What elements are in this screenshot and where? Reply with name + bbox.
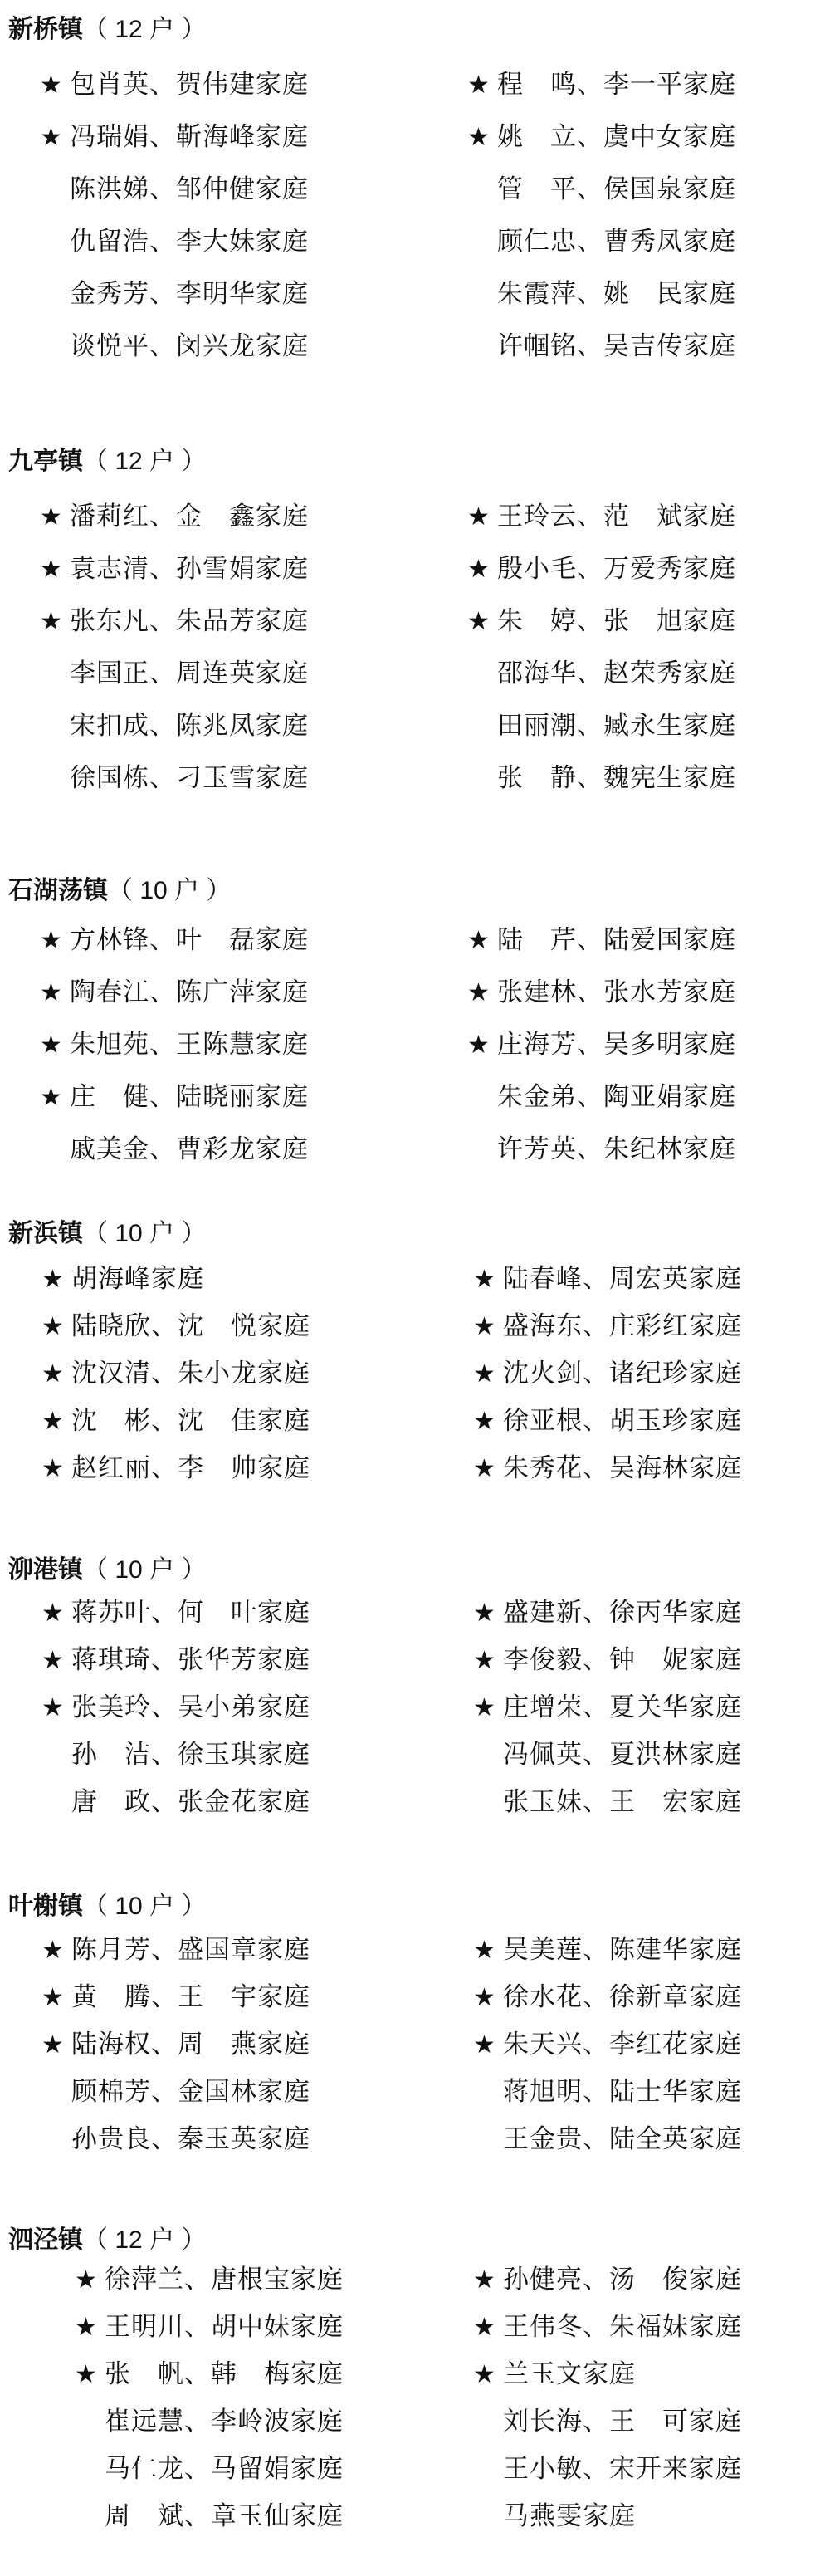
town-name: 石湖荡镇 <box>8 877 108 904</box>
family-entry-left: ★张 帆、韩 梅家庭 <box>75 2358 344 2391</box>
family-entry-left: 马仁龙、马留娟家庭 <box>75 2452 344 2485</box>
family-entry-right: ★陆 芹、陆爱国家庭 <box>467 923 736 957</box>
family-entry-right: ★徐亚根、胡玉珍家庭 <box>473 1404 742 1437</box>
family-name: 刘长海、王 可家庭 <box>503 2407 742 2436</box>
family-name: 周 斌、章玉仙家庭 <box>105 2501 344 2531</box>
family-name: 冯瑞娟、靳海峰家庭 <box>70 122 309 152</box>
town-header: 叶榭镇（ 10 户 ） <box>8 1892 206 1922</box>
family-name: 沈汉清、朱小龙家庭 <box>71 1359 310 1388</box>
family-name: 孙健亮、汤 俊家庭 <box>503 2265 742 2294</box>
star-icon: ★ <box>473 1452 503 1486</box>
family-entry-left: 唐 政、张金花家庭 <box>41 1785 310 1819</box>
family-entry-right: ★王伟冬、朱福妹家庭 <box>473 2310 742 2343</box>
star-icon: ★ <box>41 1358 71 1391</box>
family-entry-left: 陈洪娣、邹仲健家庭 <box>40 173 309 206</box>
family-entry-right: ★程 鸣、李一平家庭 <box>467 68 736 101</box>
family-name: 张玉妹、王 宏家庭 <box>503 1787 742 1817</box>
family-entry-right: ★盛建新、徐丙华家庭 <box>473 1596 742 1629</box>
family-entry-right: ★姚 立、虞中女家庭 <box>467 120 736 154</box>
family-name: 王伟冬、朱福妹家庭 <box>503 2312 742 2342</box>
family-name: 张美玲、吴小弟家庭 <box>71 1692 310 1722</box>
star-icon: ★ <box>41 1452 71 1486</box>
star-icon: ★ <box>41 1597 71 1630</box>
star-icon: ★ <box>473 1263 503 1296</box>
family-entry-right: ★庄增荣、夏关华家庭 <box>473 1691 742 1724</box>
family-entry-left: ★冯瑞娟、靳海峰家庭 <box>40 120 309 154</box>
family-entry-right: 刘长海、王 可家庭 <box>473 2405 742 2438</box>
star-icon: ★ <box>75 2358 105 2392</box>
family-entry-right: ★盛海东、庄彩红家庭 <box>473 1310 742 1343</box>
family-entry-right: 邵海华、赵荣秀家庭 <box>467 657 736 690</box>
family-entry-left: ★陆晓欣、沈 悦家庭 <box>41 1310 310 1343</box>
family-name: 庄海芳、吴多明家庭 <box>497 1030 736 1060</box>
family-name: 胡海峰家庭 <box>71 1264 204 1294</box>
star-icon: ★ <box>473 2358 503 2392</box>
family-entry-left: ★陈月芳、盛国章家庭 <box>41 1933 310 1966</box>
town-header: 新浜镇（ 10 户 ） <box>8 1219 206 1249</box>
family-name: 朱天兴、李红花家庭 <box>503 2030 742 2059</box>
family-name: 徐水花、徐新章家庭 <box>503 1982 742 2012</box>
family-name: 朱旭苑、王陈慧家庭 <box>70 1030 309 1060</box>
star-icon: ★ <box>40 977 70 1010</box>
family-name: 张 静、魏宪生家庭 <box>497 763 736 793</box>
star-icon: ★ <box>75 2264 105 2297</box>
family-entry-left: 孙 洁、徐玉琪家庭 <box>41 1738 310 1771</box>
star-icon: ★ <box>473 1597 503 1630</box>
family-entry-left: ★王明川、胡中妹家庭 <box>75 2310 344 2343</box>
family-name: 仇留浩、李大妹家庭 <box>70 227 309 257</box>
family-entry-left: ★沈 彬、沈 佳家庭 <box>41 1404 310 1437</box>
star-icon: ★ <box>467 501 497 534</box>
family-entry-left: ★陶春江、陈广萍家庭 <box>40 976 309 1009</box>
star-icon: ★ <box>473 1358 503 1391</box>
family-name: 李国正、周连英家庭 <box>70 659 309 688</box>
family-entry-left: ★潘莉红、金 鑫家庭 <box>40 500 309 533</box>
star-icon: ★ <box>473 2264 503 2297</box>
household-count: （ 10 户 ） <box>83 1893 206 1920</box>
family-entry-left: ★方林锋、叶 磊家庭 <box>40 923 309 957</box>
town-header: 泗泾镇（ 12 户 ） <box>8 2226 206 2255</box>
family-name: 许芳英、朱纪林家庭 <box>497 1134 736 1164</box>
town-header: 新桥镇（ 12 户 ） <box>8 15 206 45</box>
town-header: 泖港镇（ 10 户 ） <box>8 1555 206 1585</box>
star-icon: ★ <box>40 121 70 154</box>
star-icon: ★ <box>41 1644 71 1677</box>
family-name: 潘莉红、金 鑫家庭 <box>70 502 309 531</box>
household-count: （ 12 户 ） <box>83 2226 206 2254</box>
star-icon: ★ <box>467 69 497 102</box>
star-icon: ★ <box>473 1934 503 1967</box>
family-entry-left: 宋扣成、陈兆凤家庭 <box>40 709 309 742</box>
family-name: 徐萍兰、唐根宝家庭 <box>105 2265 344 2294</box>
family-entry-right: ★殷小毛、万爱秀家庭 <box>467 552 736 585</box>
star-icon: ★ <box>40 924 70 957</box>
family-entry-right: ★王玲云、范 斌家庭 <box>467 500 736 533</box>
family-entry-left: 李国正、周连英家庭 <box>40 657 309 690</box>
family-entry-left: ★张东凡、朱品芳家庭 <box>40 605 309 638</box>
family-name: 殷小毛、万爱秀家庭 <box>497 554 736 584</box>
family-entry-right: ★朱 婷、张 旭家庭 <box>467 605 736 638</box>
family-entry-left: 金秀芳、李明华家庭 <box>40 277 309 311</box>
star-icon: ★ <box>473 1405 503 1438</box>
family-entry-right: 王金贵、陆全英家庭 <box>473 2123 742 2156</box>
family-name: 程 鸣、李一平家庭 <box>497 70 736 100</box>
star-icon: ★ <box>467 977 497 1010</box>
family-entry-left: ★朱旭苑、王陈慧家庭 <box>40 1028 309 1061</box>
star-icon: ★ <box>75 2311 105 2344</box>
town-name: 新浜镇 <box>8 1220 83 1247</box>
family-name: 王玲云、范 斌家庭 <box>497 502 736 531</box>
star-icon: ★ <box>473 2311 503 2344</box>
star-icon: ★ <box>41 1692 71 1725</box>
family-name: 姚 立、虞中女家庭 <box>497 122 736 152</box>
household-count: （ 10 户 ） <box>83 1220 206 1247</box>
family-name: 徐国栋、刁玉雪家庭 <box>70 763 309 793</box>
household-count: （ 12 户 ） <box>83 16 206 43</box>
family-name: 戚美金、曹彩龙家庭 <box>70 1134 309 1164</box>
family-name: 许帼铭、吴吉传家庭 <box>497 331 736 361</box>
family-name: 顾仁忠、曹秀凤家庭 <box>497 227 736 257</box>
family-name: 陈月芳、盛国章家庭 <box>71 1935 310 1965</box>
town-name: 九亭镇 <box>8 448 83 475</box>
family-entry-right: 张玉妹、王 宏家庭 <box>473 1785 742 1819</box>
family-name: 崔远慧、李岭波家庭 <box>105 2407 344 2436</box>
town-name: 泖港镇 <box>8 1556 83 1584</box>
family-entry-right: 朱金弟、陶亚娟家庭 <box>467 1080 736 1114</box>
family-name: 兰玉文家庭 <box>503 2359 636 2389</box>
family-entry-left: ★徐萍兰、唐根宝家庭 <box>75 2263 344 2296</box>
family-entry-right: ★陆春峰、周宏英家庭 <box>473 1262 742 1295</box>
family-name: 徐亚根、胡玉珍家庭 <box>503 1406 742 1436</box>
family-name: 盛建新、徐丙华家庭 <box>503 1598 742 1628</box>
family-entry-left: ★张美玲、吴小弟家庭 <box>41 1691 310 1724</box>
family-name: 盛海东、庄彩红家庭 <box>503 1311 742 1341</box>
family-name: 蒋苏叶、何 叶家庭 <box>71 1598 310 1628</box>
family-name: 吴美莲、陈建华家庭 <box>503 1935 742 1965</box>
star-icon: ★ <box>467 605 497 639</box>
family-entry-right: ★兰玉文家庭 <box>473 2358 636 2391</box>
family-name: 张 帆、韩 梅家庭 <box>105 2359 344 2389</box>
household-count: （ 12 户 ） <box>83 448 206 475</box>
town-header: 九亭镇（ 12 户 ） <box>8 447 206 477</box>
family-entry-right: 许帼铭、吴吉传家庭 <box>467 330 736 363</box>
family-entry-left: 徐国栋、刁玉雪家庭 <box>40 762 309 795</box>
family-entry-left: ★蒋琪琦、张华芳家庭 <box>41 1643 310 1677</box>
star-icon: ★ <box>473 1644 503 1677</box>
family-name: 庄增荣、夏关华家庭 <box>503 1692 742 1722</box>
star-icon: ★ <box>41 1405 71 1438</box>
family-name: 金秀芳、李明华家庭 <box>70 279 309 309</box>
star-icon: ★ <box>40 501 70 534</box>
star-icon: ★ <box>467 1029 497 1062</box>
family-name: 袁志清、孙雪娟家庭 <box>70 554 309 584</box>
family-entry-left: ★胡海峰家庭 <box>41 1262 204 1295</box>
star-icon: ★ <box>467 121 497 154</box>
family-entry-right: ★朱秀花、吴海林家庭 <box>473 1452 742 1485</box>
family-entry-right: ★庄海芳、吴多明家庭 <box>467 1028 736 1061</box>
family-entry-right: ★徐水花、徐新章家庭 <box>473 1981 742 2014</box>
family-name: 冯佩英、夏洪林家庭 <box>503 1740 742 1770</box>
star-icon: ★ <box>41 1263 71 1296</box>
star-icon: ★ <box>40 1029 70 1062</box>
family-name: 庄 健、陆晓丽家庭 <box>70 1082 309 1112</box>
family-entry-right: 马燕雯家庭 <box>473 2500 636 2533</box>
family-name: 张东凡、朱品芳家庭 <box>70 606 309 636</box>
family-entry-right: ★朱天兴、李红花家庭 <box>473 2028 742 2061</box>
family-name: 朱霞萍、姚 民家庭 <box>497 279 736 309</box>
family-name: 邵海华、赵荣秀家庭 <box>497 659 736 688</box>
town-name: 叶榭镇 <box>8 1893 83 1920</box>
family-entry-left: ★陆海权、周 燕家庭 <box>41 2028 310 2061</box>
family-name: 黄 腾、王 宇家庭 <box>71 1982 310 2012</box>
family-entry-right: ★孙健亮、汤 俊家庭 <box>473 2263 742 2296</box>
family-name: 管 平、侯国泉家庭 <box>497 174 736 204</box>
family-name: 孙贵良、秦玉英家庭 <box>71 2124 310 2154</box>
family-name: 马燕雯家庭 <box>503 2501 636 2531</box>
family-name: 张建林、张水芳家庭 <box>497 977 736 1007</box>
family-entry-left: 周 斌、章玉仙家庭 <box>75 2500 344 2533</box>
family-name: 王小敏、宋开来家庭 <box>503 2454 742 2484</box>
family-entry-left: 顾棉芳、金国林家庭 <box>41 2075 310 2108</box>
family-name: 蒋琪琦、张华芳家庭 <box>71 1645 310 1675</box>
family-entry-right: 许芳英、朱纪林家庭 <box>467 1133 736 1166</box>
family-name: 沈火剑、诸纪珍家庭 <box>503 1359 742 1388</box>
family-name: 朱秀花、吴海林家庭 <box>503 1453 742 1483</box>
family-name: 沈 彬、沈 佳家庭 <box>71 1406 310 1436</box>
star-icon: ★ <box>40 553 70 586</box>
family-entry-right: 田丽潮、臧永生家庭 <box>467 709 736 742</box>
star-icon: ★ <box>473 1310 503 1344</box>
star-icon: ★ <box>41 2029 71 2062</box>
family-name: 王金贵、陆全英家庭 <box>503 2124 742 2154</box>
family-entry-left: ★蒋苏叶、何 叶家庭 <box>41 1596 310 1629</box>
family-name: 包肖英、贺伟建家庭 <box>70 70 309 100</box>
family-entry-left: ★沈汉清、朱小龙家庭 <box>41 1357 310 1390</box>
family-name: 唐 政、张金花家庭 <box>71 1787 310 1817</box>
star-icon: ★ <box>41 1310 71 1344</box>
family-entry-left: 戚美金、曹彩龙家庭 <box>40 1133 309 1166</box>
family-name: 陆 芹、陆爱国家庭 <box>497 925 736 955</box>
star-icon: ★ <box>473 2029 503 2062</box>
family-entry-right: 蒋旭明、陆士华家庭 <box>473 2075 742 2108</box>
family-entry-right: 顾仁忠、曹秀凤家庭 <box>467 225 736 258</box>
family-entry-right: 张 静、魏宪生家庭 <box>467 762 736 795</box>
family-name: 陆海权、周 燕家庭 <box>71 2030 310 2059</box>
family-entry-right: ★沈火剑、诸纪珍家庭 <box>473 1357 742 1390</box>
family-name: 马仁龙、马留娟家庭 <box>105 2454 344 2484</box>
family-name: 李俊毅、钟 妮家庭 <box>503 1645 742 1675</box>
family-entry-right: 管 平、侯国泉家庭 <box>467 173 736 206</box>
household-count: （ 10 户 ） <box>108 877 231 904</box>
star-icon: ★ <box>473 1692 503 1725</box>
family-entry-left: 崔远慧、李岭波家庭 <box>75 2405 344 2438</box>
star-icon: ★ <box>473 1981 503 2015</box>
family-name: 陶春江、陈广萍家庭 <box>70 977 309 1007</box>
family-name: 陈洪娣、邹仲健家庭 <box>70 174 309 204</box>
star-icon: ★ <box>467 924 497 957</box>
family-entry-left: ★黄 腾、王 宇家庭 <box>41 1981 310 2014</box>
family-name: 孙 洁、徐玉琪家庭 <box>71 1740 310 1770</box>
family-entry-right: 冯佩英、夏洪林家庭 <box>473 1738 742 1771</box>
town-header: 石湖荡镇（ 10 户 ） <box>8 876 231 906</box>
family-entry-right: ★张建林、张水芳家庭 <box>467 976 736 1009</box>
family-entry-left: 谈悦平、闵兴龙家庭 <box>40 330 309 363</box>
star-icon: ★ <box>41 1981 71 2015</box>
family-name: 陆晓欣、沈 悦家庭 <box>71 1311 310 1341</box>
family-name: 宋扣成、陈兆凤家庭 <box>70 711 309 741</box>
town-name: 新桥镇 <box>8 16 83 43</box>
star-icon: ★ <box>40 1081 70 1114</box>
family-entry-left: 仇留浩、李大妹家庭 <box>40 225 309 258</box>
family-name: 方林锋、叶 磊家庭 <box>70 925 309 955</box>
family-name: 陆春峰、周宏英家庭 <box>503 1264 742 1294</box>
star-icon: ★ <box>40 605 70 639</box>
family-entry-left: ★庄 健、陆晓丽家庭 <box>40 1080 309 1114</box>
family-entry-left: 孙贵良、秦玉英家庭 <box>41 2123 310 2156</box>
family-entry-left: ★赵红丽、李 帅家庭 <box>41 1452 310 1485</box>
family-name: 朱 婷、张 旭家庭 <box>497 606 736 636</box>
family-entry-right: 王小敏、宋开来家庭 <box>473 2452 742 2485</box>
family-entry-left: ★包肖英、贺伟建家庭 <box>40 68 309 101</box>
family-name: 王明川、胡中妹家庭 <box>105 2312 344 2342</box>
star-icon: ★ <box>41 1934 71 1967</box>
household-count: （ 10 户 ） <box>83 1556 206 1584</box>
star-icon: ★ <box>40 69 70 102</box>
star-icon: ★ <box>467 553 497 586</box>
family-name: 朱金弟、陶亚娟家庭 <box>497 1082 736 1112</box>
family-name: 顾棉芳、金国林家庭 <box>71 2077 310 2107</box>
family-entry-right: 朱霞萍、姚 民家庭 <box>467 277 736 311</box>
family-name: 谈悦平、闵兴龙家庭 <box>70 331 309 361</box>
family-entry-right: ★吴美莲、陈建华家庭 <box>473 1933 742 1966</box>
family-entry-right: ★李俊毅、钟 妮家庭 <box>473 1643 742 1677</box>
family-name: 田丽潮、臧永生家庭 <box>497 711 736 741</box>
family-name: 赵红丽、李 帅家庭 <box>71 1453 310 1483</box>
family-name: 蒋旭明、陆士华家庭 <box>503 2077 742 2107</box>
family-entry-left: ★袁志清、孙雪娟家庭 <box>40 552 309 585</box>
town-name: 泗泾镇 <box>8 2226 83 2254</box>
